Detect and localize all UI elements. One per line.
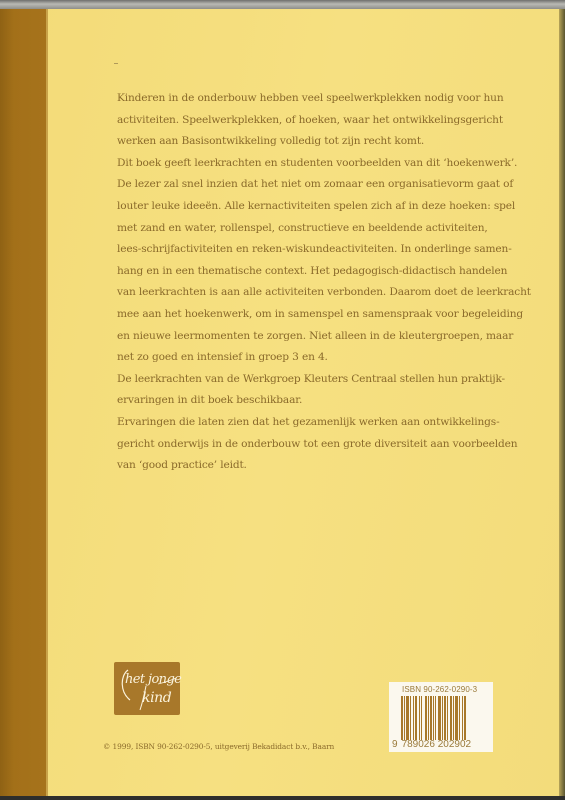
blurb-line: van leerkrachten is aan alle activiteite… bbox=[117, 282, 477, 304]
barcode-first-digit: 9 bbox=[392, 739, 398, 750]
blurb-line: lees-schrijfactiviteiten en reken-wiskun… bbox=[117, 239, 477, 261]
logo-text-line2: kind bbox=[142, 690, 171, 706]
spine-strip bbox=[0, 9, 46, 796]
blurb-line: net zo goed en intensief in groep 3 en 4… bbox=[117, 347, 477, 369]
logo-text-line1: het jonge bbox=[125, 672, 181, 687]
book-bottom-edge bbox=[0, 796, 565, 800]
barcode-bars-icon bbox=[401, 696, 489, 740]
barcode-number: 789026 202902 bbox=[402, 739, 472, 750]
blurb-line: van ‘good practice’ leidt. bbox=[117, 455, 477, 477]
blurb-line: De leerkrachten van de Werkgroep Kleuter… bbox=[117, 369, 477, 391]
logo-swirl-icon bbox=[114, 662, 180, 715]
blurb-line: gericht onderwijs in de onderbouw tot ee… bbox=[117, 434, 477, 456]
blurb-line: met zand en water, rollenspel, construct… bbox=[117, 218, 477, 240]
barcode-digits: 9789026 202902 bbox=[392, 739, 471, 750]
blurb-line: mee aan het hoekenwerk, om in samenspel … bbox=[117, 304, 477, 326]
book-top-edge bbox=[0, 0, 565, 9]
blurb-line: werken aan Basisontwikkeling volledig to… bbox=[117, 131, 477, 153]
book-back-cover: Kinderen in de onderbouw hebben veel spe… bbox=[0, 0, 565, 800]
blurb-line: ervaringen in dit boek beschikbaar. bbox=[117, 390, 477, 412]
blurb-line: De lezer zal snel inzien dat het niet om… bbox=[117, 174, 477, 196]
blurb-line: louter leuke ideeën. Alle kernactiviteit… bbox=[117, 196, 477, 218]
back-cover-blurb: Kinderen in de onderbouw hebben veel spe… bbox=[117, 88, 477, 477]
isbn-label: ISBN 90-262-0290-3 bbox=[402, 685, 477, 694]
print-mark bbox=[114, 63, 118, 64]
copyright-notice: © 1999, ISBN 90-262-0290-5, uitgeverij B… bbox=[103, 742, 334, 751]
blurb-line: activiteiten. Speelwerkplekken, of hoeke… bbox=[117, 110, 477, 132]
blurb-line: Dit boek geeft leerkrachten en studenten… bbox=[117, 153, 477, 175]
book-right-edge bbox=[559, 9, 565, 796]
publisher-logo: het jonge kind bbox=[114, 662, 180, 715]
blurb-line: Kinderen in de onderbouw hebben veel spe… bbox=[117, 88, 477, 110]
isbn-barcode: ISBN 90-262-0290-3 9789026 202902 bbox=[389, 682, 493, 752]
blurb-line: en nieuwe leermomenten te zorgen. Niet a… bbox=[117, 326, 477, 348]
blurb-line: Ervaringen die laten zien dat het gezame… bbox=[117, 412, 477, 434]
spine-fold bbox=[46, 9, 48, 796]
blurb-line: hang en in een thematische context. Het … bbox=[117, 261, 477, 283]
